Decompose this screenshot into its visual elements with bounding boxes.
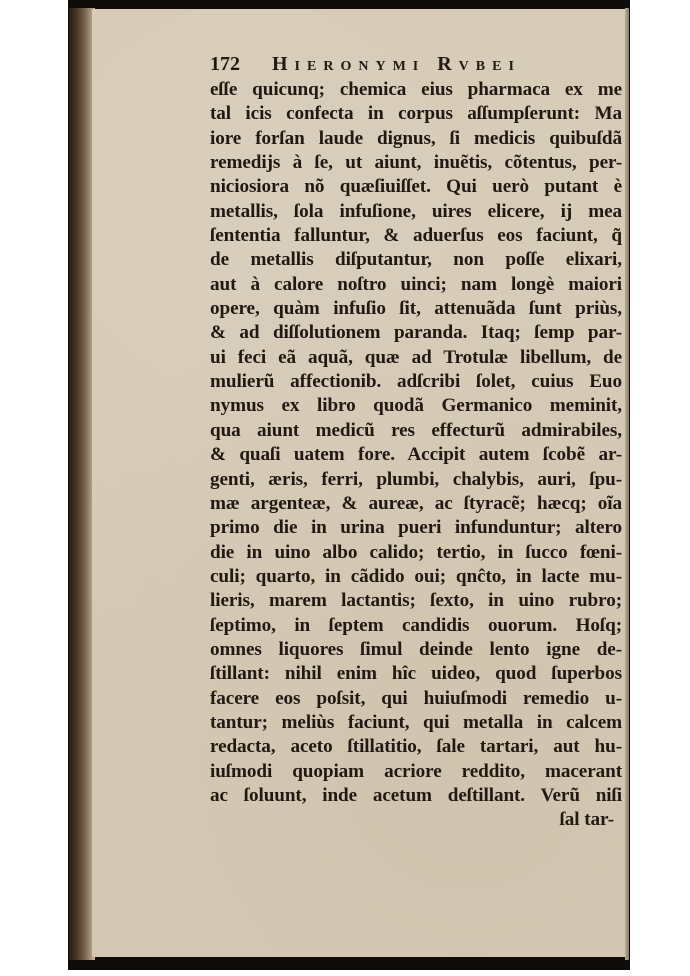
text-line: nymus ex libro quodã Germanico meminit, bbox=[210, 394, 622, 418]
text-line: primo die in urina pueri infunduntur; al… bbox=[210, 516, 622, 540]
text-line: ui feci eã aquã, quæ ad Trotulæ libellum… bbox=[210, 346, 622, 370]
text-line: eſſe quicunq; chemica eius pharmaca ex m… bbox=[210, 78, 622, 102]
text-line: opere, quàm infuſio ſit, attenuãda ſunt … bbox=[210, 297, 622, 321]
text-line: iuſmodi quopiam acriore reddito, maceran… bbox=[210, 760, 622, 784]
text-line: qua aiunt medicũ res effecturũ admirabil… bbox=[210, 419, 622, 443]
text-line: ac ſoluunt, inde acetum deſtillant. Verũ… bbox=[210, 784, 622, 808]
text-line: die in uino albo calido; tertio, in ſucc… bbox=[210, 541, 622, 565]
catchword: ſal tar- bbox=[210, 808, 622, 832]
text-line: culi; quarto, in cãdido oui; qnĉto, in l… bbox=[210, 565, 622, 589]
running-head: 172 Hieronymi Rvbei bbox=[210, 52, 622, 78]
text-line: tal icis confecta in corpus aſſumpſerunt… bbox=[210, 102, 622, 126]
text-line: facere eos poſsit, qui huiuſmodi remedio… bbox=[210, 687, 622, 711]
text-line: mæ argenteæ, & aureæ, ac ſtyracẽ; hæcq; … bbox=[210, 492, 622, 516]
page-text-block: 172 Hieronymi Rvbei eſſe quicunq; chemic… bbox=[210, 52, 622, 833]
body-text: eſſe quicunq; chemica eius pharmaca ex m… bbox=[210, 78, 622, 833]
text-line: de metallis diſputantur, non poſſe elixa… bbox=[210, 248, 622, 272]
text-line: ſtillant: nihil enim hîc uideo, quod ſup… bbox=[210, 662, 622, 686]
page-edge bbox=[625, 8, 629, 960]
text-line: genti, æris, ferri, plumbi, chalybis, au… bbox=[210, 468, 622, 492]
page-number: 172 bbox=[210, 52, 272, 76]
text-line: metallis, ſola infuſione, uires elicere,… bbox=[210, 200, 622, 224]
running-head-title: Hieronymi Rvbei bbox=[272, 52, 521, 76]
text-line: & ad diſſolutionem paranda. Itaq; ſemp p… bbox=[210, 321, 622, 345]
text-line: redacta, aceto ſtillatitio, ſale tartari… bbox=[210, 735, 622, 759]
text-line: tantur; meliùs faciunt, qui metalla in c… bbox=[210, 711, 622, 735]
text-line: ſententia falluntur, & aduerſus eos faci… bbox=[210, 224, 622, 248]
text-line: & quaſi uatem fore. Accipit autem ſcobẽ … bbox=[210, 443, 622, 467]
text-line: ſeptimo, in ſeptem candidis ouorum. Hoſq… bbox=[210, 614, 622, 638]
text-line: lieris, marem lactantis; ſexto, in uino … bbox=[210, 589, 622, 613]
text-line: iore forſan laude dignus, ſi medicis qui… bbox=[210, 127, 622, 151]
text-line: omnes liquores ſimul deinde lento igne d… bbox=[210, 638, 622, 662]
text-line: niciosiora nõ quæſiuiſſet. Qui uerò puta… bbox=[210, 175, 622, 199]
text-line: aut à calore noſtro uinci; nam longè mai… bbox=[210, 273, 622, 297]
text-line: remedijs à ſe, ut aiunt, inuẽtis, cõtent… bbox=[210, 151, 622, 175]
text-line: mulierũ affectionib. adſcribi ſolet, cui… bbox=[210, 370, 622, 394]
